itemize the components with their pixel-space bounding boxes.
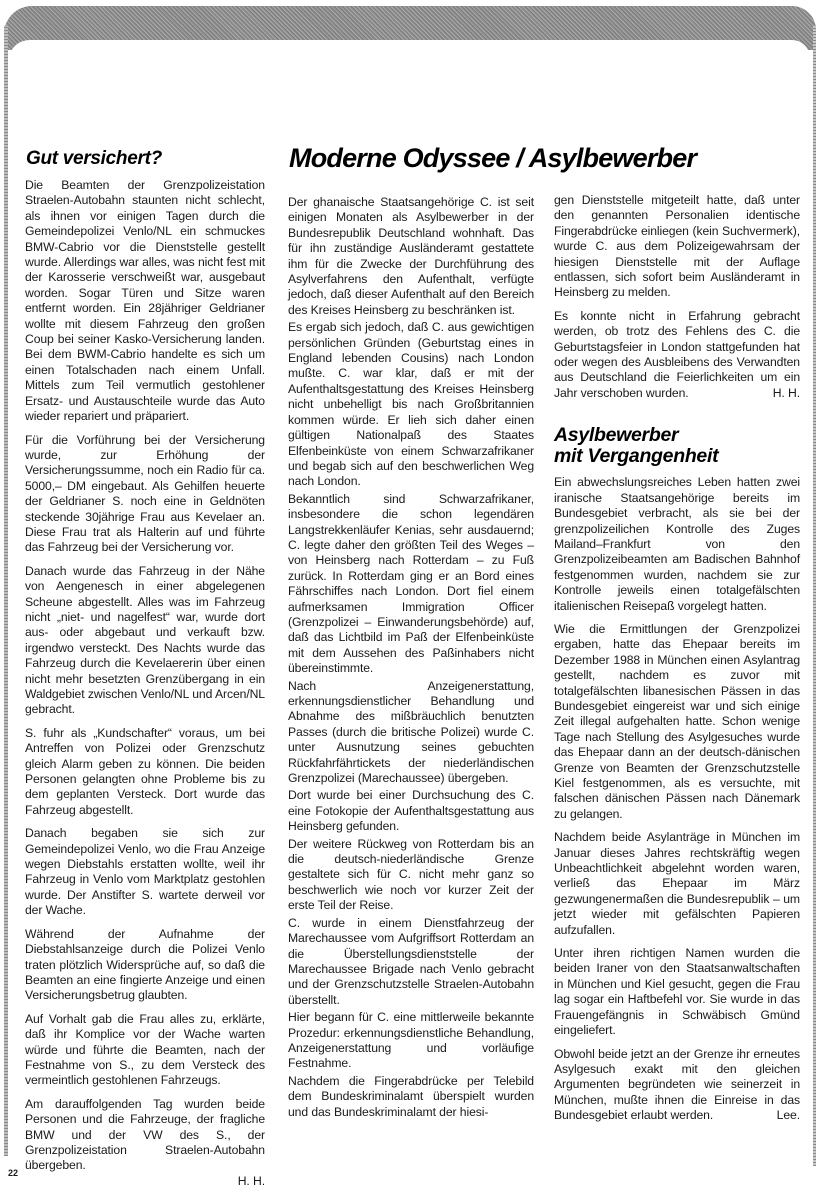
- paragraph: Wie die Ermittlungen der Grenzpolizei er…: [554, 622, 800, 822]
- article-column-right: gen Dienststelle mitgeteilt hatte, daß u…: [554, 193, 800, 1132]
- page-number: 22: [8, 1168, 18, 1178]
- paragraph: Der ghanaische Staatsangehörige C. ist s…: [288, 195, 534, 318]
- paragraph: Hier begann für C. eine mittlerweile bek…: [288, 1010, 534, 1072]
- article-title-gut-versichert: Gut versichert?: [26, 148, 162, 170]
- article-column-middle: Der ghanaische Staatsangehörige C. ist s…: [288, 195, 534, 1122]
- paragraph: Es konnte nicht in Erfahrung gebracht we…: [554, 309, 800, 401]
- paragraph: Es ergab sich jedoch, daß C. aus gewicht…: [288, 320, 534, 489]
- paragraph: S. fuhr als „Kundschafter“ voraus, um be…: [25, 726, 265, 818]
- paragraph: Am darauffolgenden Tag wurden beide Pers…: [25, 1097, 265, 1174]
- paragraph: Danach wurde das Fahrzeug in der Nähe vo…: [25, 564, 265, 718]
- author-signature: H. H.: [25, 1174, 265, 1189]
- paragraph: Unter ihren richtigen Namen wurden die b…: [554, 946, 800, 1038]
- paragraph: Bekanntlich sind Schwarzafrikaner, insbe…: [288, 492, 534, 677]
- article-title-moderne-odyssee: Moderne Odyssee / Asylbewerber: [289, 143, 696, 174]
- paragraph: Ein abwechslungsreiches Leben hatten zwe…: [554, 475, 800, 614]
- title-line: mit Vergangenheit: [554, 445, 718, 467]
- paragraph: gen Dienststelle mitgeteilt hatte, daß u…: [554, 193, 800, 301]
- paragraph-text: Obwohl beide jetzt an der Grenze ihr ern…: [554, 1047, 800, 1123]
- paragraph: Die Beamten der Grenzpolizeistation Stra…: [25, 178, 265, 425]
- author-signature: H. H.: [773, 386, 800, 401]
- article-column-left: Die Beamten der Grenzpolizeistation Stra…: [25, 178, 265, 1189]
- article-title-asylbewerber-mit-vergangenheit: Asylbewerber mit Vergangenheit: [554, 425, 800, 467]
- paragraph: Nach Anzeigenerstattung, erkennungsdiens…: [288, 679, 534, 787]
- paragraph: Danach begaben sie sich zur Gemeindepoli…: [25, 826, 265, 918]
- paragraph: Obwohl beide jetzt an der Grenze ihr ern…: [554, 1047, 800, 1124]
- paragraph: Auf Vorhalt gab die Frau alles zu, erklä…: [25, 1012, 265, 1089]
- frame-right-edge: [813, 26, 816, 1166]
- paragraph: Dort wurde bei einer Durchsuchung des C.…: [288, 788, 534, 834]
- paragraph: C. wurde in einem Dienstfahrzeug der Mar…: [288, 916, 534, 1008]
- paragraph: Für die Vorführung bei der Versicherung …: [25, 433, 265, 556]
- paragraph-text: Es konnte nicht in Erfahrung gebracht we…: [554, 309, 800, 400]
- author-signature: Lee.: [777, 1108, 800, 1123]
- paragraph: Der weitere Rückweg von Rotterdam bis an…: [288, 837, 534, 914]
- paragraph: Nachdem die Fingerabdrücke per Telebild …: [288, 1074, 534, 1120]
- paragraph: Während der Aufnahme der Diebstahlsanzei…: [25, 927, 265, 1004]
- title-line: Asylbewerber: [554, 424, 678, 446]
- paragraph: Nachdem beide Asylanträge in München im …: [554, 830, 800, 938]
